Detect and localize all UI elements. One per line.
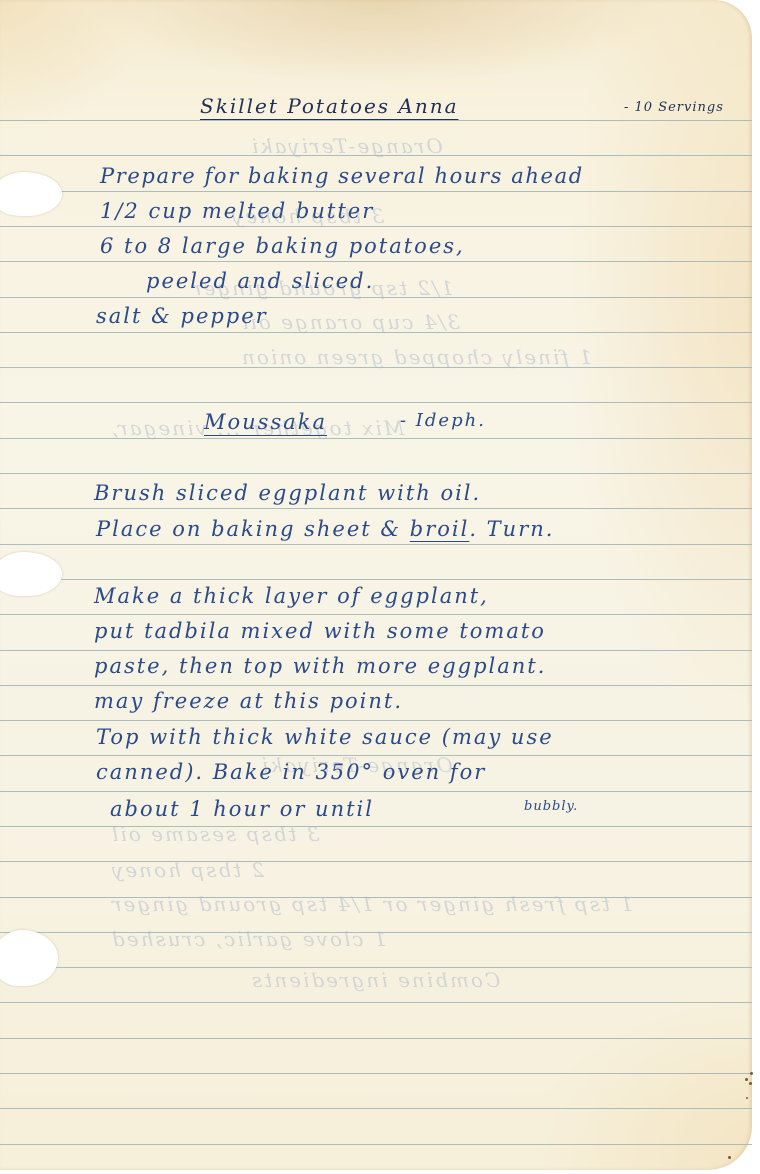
ruled-line [0,614,752,615]
ruled-line [0,544,752,545]
show-through-line: 1 tsp fresh ginger or 1/4 tsp ground gin… [110,892,633,916]
recipe-line: about 1 hour or until [110,799,374,820]
ruled-line [0,650,752,651]
show-through-line: 3/4 cup orange oil [240,310,460,334]
recipe-final-word: bubbly. [524,800,578,813]
recipe-line: peeled and sliced. [146,271,374,292]
show-through-line: Combine ingredients [250,968,500,992]
notebook-page: Orange-Teriyaki 3 tbsp honey 1/2 tsp gro… [0,0,752,1170]
recipe-line: Place on baking sheet & broil. Turn. [96,519,554,540]
paper-speck [746,1097,748,1099]
ruled-line [0,1038,752,1039]
recipe-servings: - 10 Servings [624,101,724,114]
recipe-line: salt & pepper [96,306,268,327]
recipe-text: . Turn. [469,517,554,541]
hole-punch-top [0,172,62,216]
recipe-title-moussaka: Moussaka [204,412,327,433]
show-through-line: 3 tbsp sesame oil [110,822,320,846]
recipe-line: Top with thick white sauce (may use [96,727,554,748]
ruled-line [0,261,752,262]
recipe-line: Prepare for baking several hours ahead [100,166,584,187]
ruled-line [0,473,752,474]
recipe-line: canned). Bake in 350° oven for [96,762,486,783]
show-through-line: 1 clove garlic, crushed [110,927,387,951]
ruled-line [0,1002,752,1003]
show-through-line: 1 finely chopped green onion [240,345,592,369]
ruled-line [0,1108,752,1109]
ruled-line [0,191,752,192]
ruled-line [0,791,752,792]
emphasis-word: broil [410,517,470,541]
hole-punch-middle [0,552,62,596]
recipe-line: put tadbila mixed with some tomato [94,621,546,642]
show-through-line: Orange-Teriyaki [250,134,443,158]
recipe-note: - Ideph. [400,412,486,430]
paper-speck [749,1082,752,1085]
recipe-title-skillet-potatoes: Skillet Potatoes Anna [200,96,459,116]
ruled-line [0,579,752,580]
recipe-line: may freeze at this point. [94,691,403,712]
paper-speck [750,1072,753,1075]
recipe-line: paste, then top with more eggplant. [94,656,546,677]
ruled-line [0,402,752,403]
recipe-line: Make a thick layer of eggplant, [94,586,489,607]
recipe-line: 1/2 cup melted butter [100,201,374,222]
recipe-line: Brush sliced eggplant with oil. [94,483,481,504]
recipe-text: Place on baking sheet & [96,517,410,541]
ruled-line [0,685,752,686]
hole-punch-bottom [0,930,58,986]
ruled-line [0,1073,752,1074]
ruled-line [0,120,752,121]
ruled-line [0,508,752,509]
recipe-line: 6 to 8 large baking potatoes, [100,236,465,257]
ruled-line [0,720,752,721]
show-through-line: 2 tbsp honey [110,858,264,882]
paper-speck [745,1078,748,1081]
paper-speck [728,1156,731,1159]
ruled-line [0,1144,752,1145]
